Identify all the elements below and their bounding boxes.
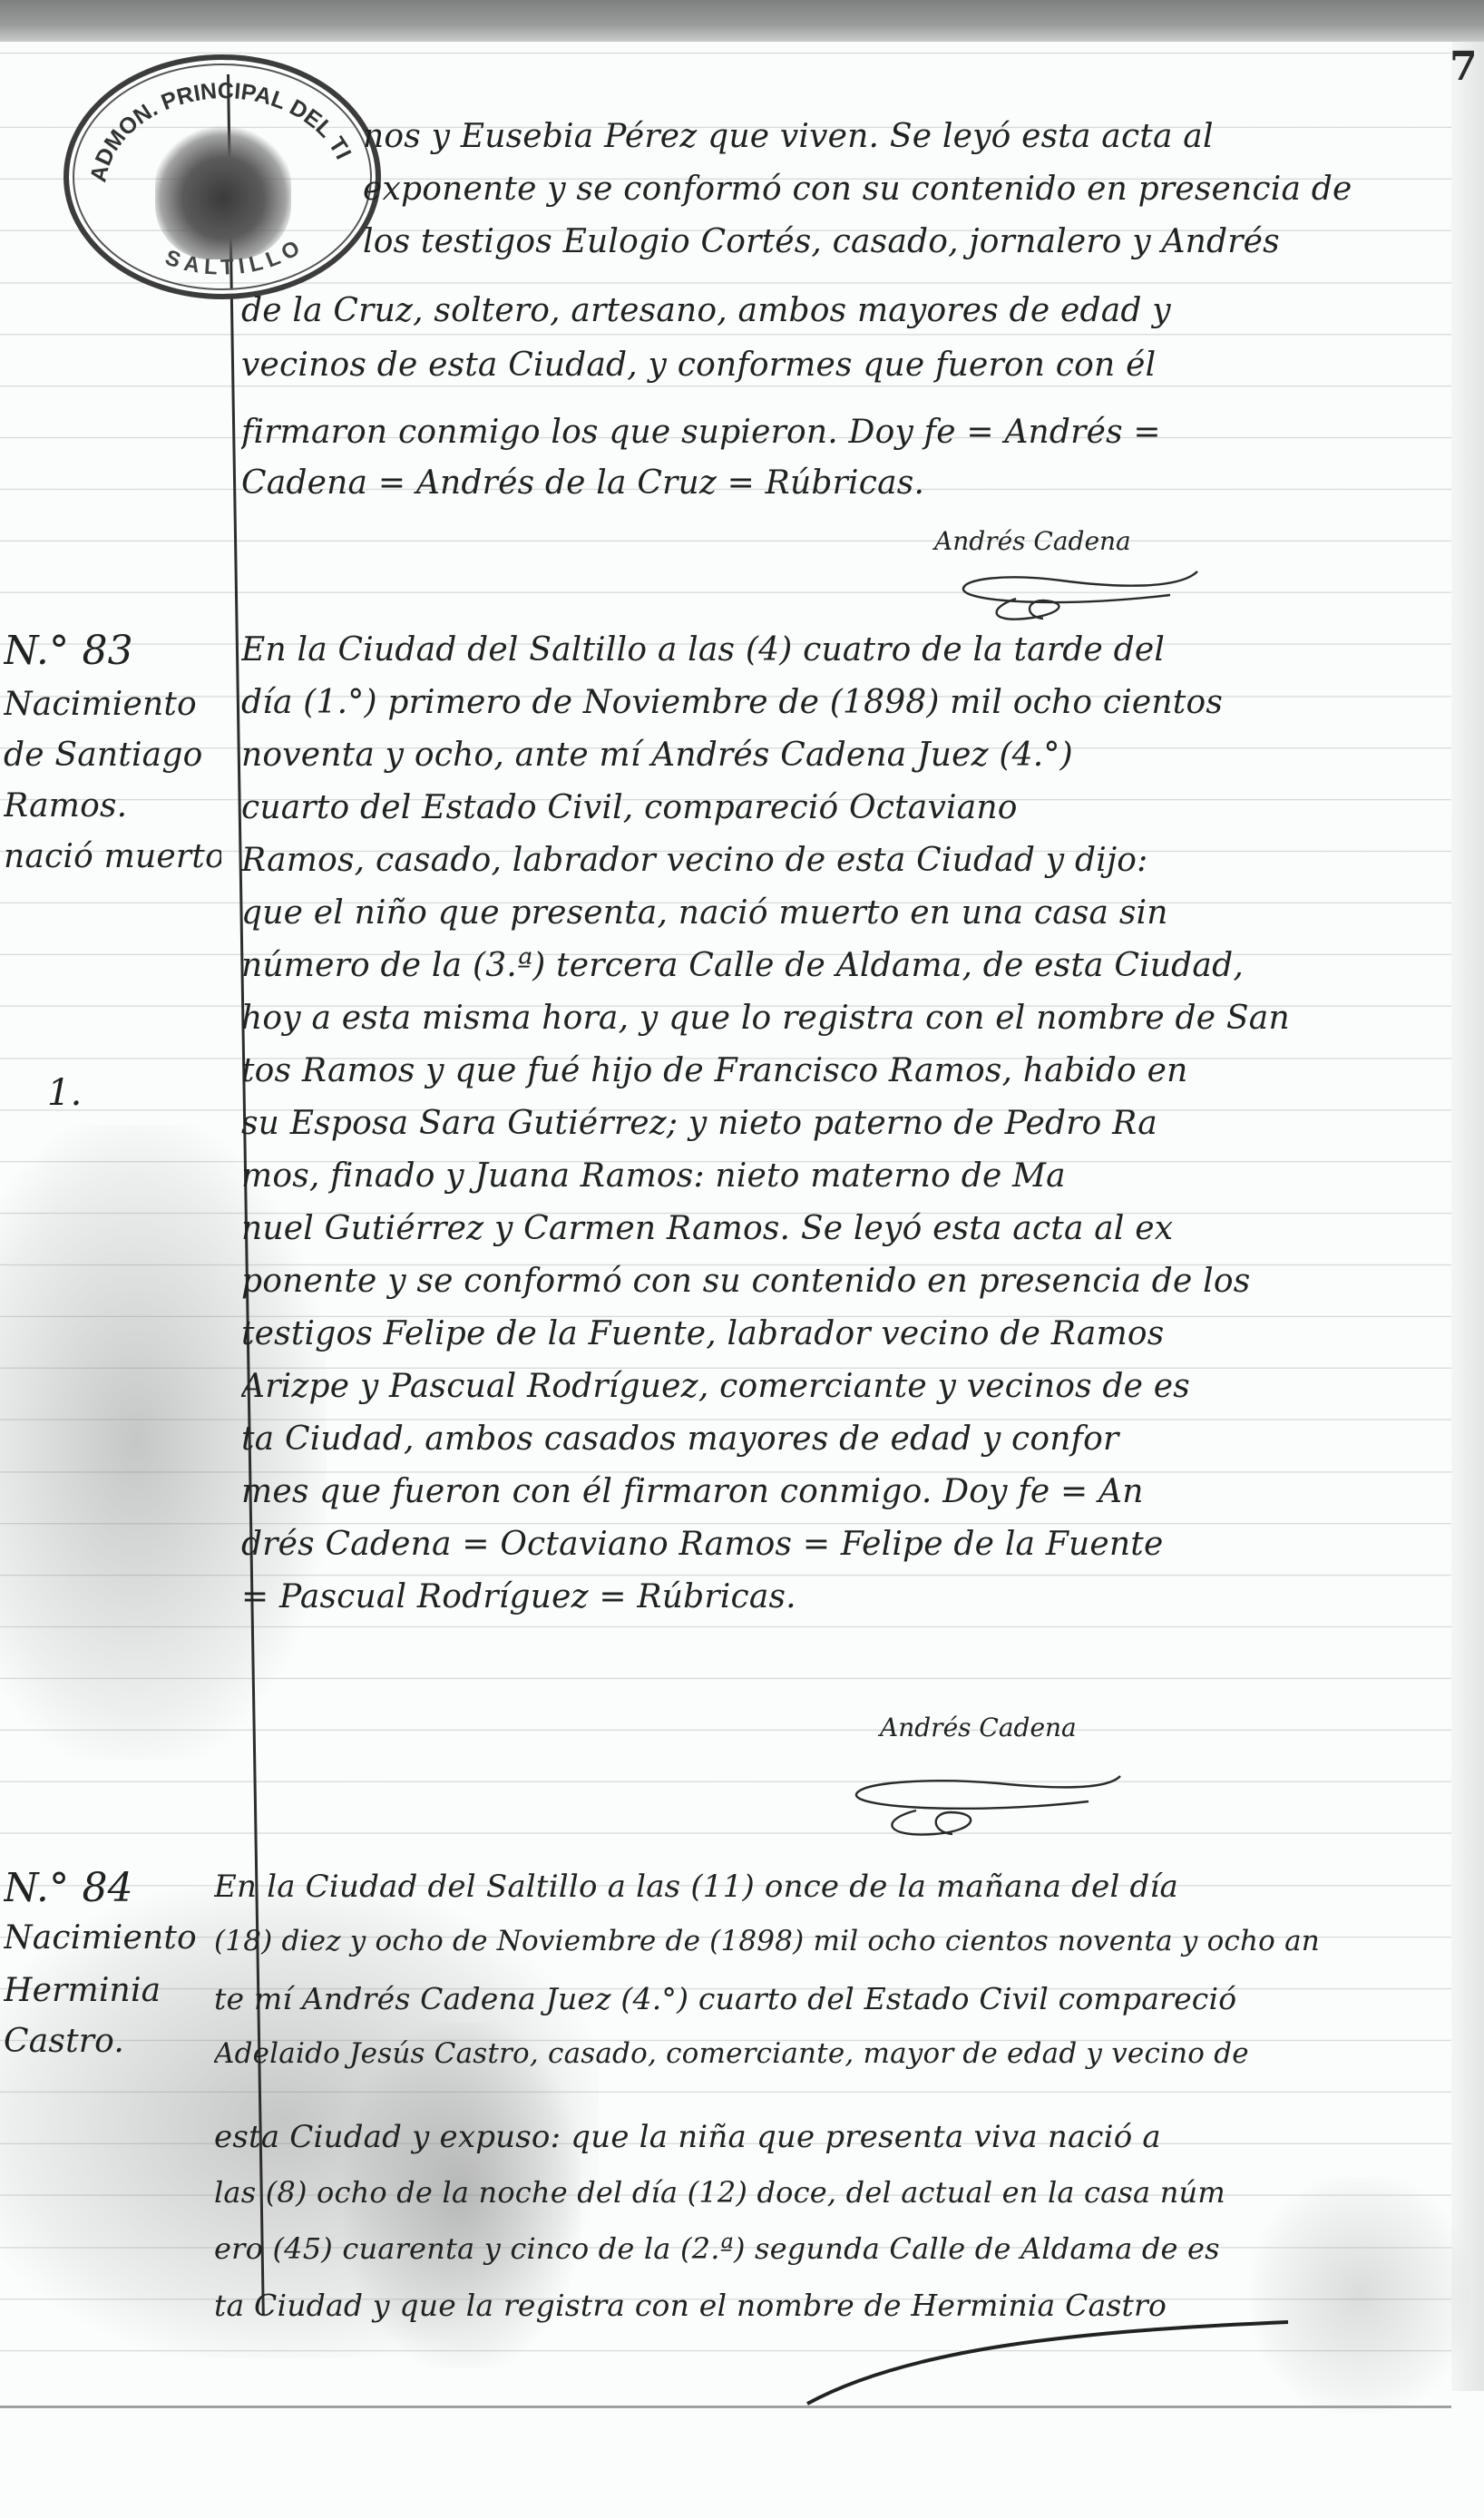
text-line: Cadena = Andrés de la Cruz = Rúbricas. bbox=[241, 464, 1457, 502]
text-line: los testigos Eulogio Cortés, casado, jor… bbox=[363, 223, 1451, 260]
text-line: exponente y se conformó con su contenido… bbox=[363, 171, 1451, 208]
text-line: de la Cruz, soltero, artesano, ambos may… bbox=[241, 292, 1457, 329]
text-line: hoy a esta misma hora, y que lo registra… bbox=[241, 1000, 1457, 1037]
text-line: En la Ciudad del Saltillo a las (11) onc… bbox=[214, 1869, 1430, 1905]
text-line: vecinos de esta Ciudad, y conformes que … bbox=[241, 346, 1457, 384]
margin-note-line: Herminia bbox=[4, 1972, 221, 2009]
official-stamp: ADMON. PRINCIPAL DEL TIMBRE SALTILLO bbox=[63, 54, 381, 299]
text-line: ero (45) cuarenta y cinco de la (2.ª) se… bbox=[214, 2231, 1430, 2266]
margin-note-line: Castro. bbox=[4, 2023, 221, 2060]
stamp-text-top: ADMON. PRINCIPAL DEL TIMBRE bbox=[69, 60, 356, 184]
text-line: = Pascual Rodríguez = Rúbricas. bbox=[241, 1578, 1457, 1615]
text-line: cuarto del Estado Civil, compareció Octa… bbox=[241, 789, 1457, 826]
text-line: Adelaido Jesús Castro, casado, comercian… bbox=[214, 2037, 1430, 2070]
text-line: testigos Felipe de la Fuente, labrador v… bbox=[241, 1315, 1457, 1352]
text-line: que el niño que presenta, nació muerto e… bbox=[241, 894, 1457, 932]
entry-number: N.° 83 bbox=[4, 628, 221, 674]
signature-andres-cadena: Andrés Cadena bbox=[880, 1713, 1077, 1742]
stamp-text-bottom: SALTILLO bbox=[162, 233, 309, 280]
margin-mark: 1. bbox=[47, 1072, 265, 1114]
text-line: mos, finado y Juana Ramos: nieto materno… bbox=[241, 1157, 1457, 1195]
rubric-flourish-icon bbox=[952, 562, 1216, 626]
signature-andres-cadena: Andrés Cadena bbox=[934, 526, 1131, 556]
underline-stroke-icon bbox=[798, 2313, 1306, 2413]
margin-note-line: Ramos. bbox=[4, 787, 221, 825]
text-line: tos Ramos y que fué hijo de Francisco Ra… bbox=[241, 1052, 1457, 1089]
stamp-text-ring: ADMON. PRINCIPAL DEL TIMBRE SALTILLO bbox=[69, 60, 376, 294]
text-line: firmaron conmigo los que supieron. Doy f… bbox=[241, 414, 1457, 451]
text-line: drés Cadena = Octaviano Ramos = Felipe d… bbox=[241, 1526, 1457, 1563]
margin-note-line: nació muerto bbox=[4, 838, 221, 875]
rubric-flourish-icon bbox=[844, 1769, 1134, 1841]
text-line: (18) diez y ocho de Noviembre de (1898) … bbox=[214, 1925, 1430, 1957]
margin-note-line: Nacimiento bbox=[4, 1919, 221, 1957]
text-line: Ramos, casado, labrador vecino de esta C… bbox=[241, 842, 1457, 879]
text-line: día (1.°) primero de Noviembre de (1898)… bbox=[241, 684, 1457, 721]
text-line: nuel Gutiérrez y Carmen Ramos. Se leyó e… bbox=[241, 1210, 1457, 1247]
text-line: noventa y ocho, ante mí Andrés Cadena Ju… bbox=[241, 737, 1457, 774]
entry-number: N.° 84 bbox=[4, 1865, 221, 1911]
svg-text:ADMON. PRINCIPAL DEL TIMBRE: ADMON. PRINCIPAL DEL TIMBRE bbox=[69, 60, 356, 184]
text-line: te mí Andrés Cadena Juez (4.°) cuarto de… bbox=[214, 1981, 1430, 2016]
text-line: su Esposa Sara Gutiérrez; y nieto patern… bbox=[241, 1105, 1457, 1142]
text-line: nos y Eusebia Pérez que viven. Se leyó e… bbox=[363, 118, 1451, 155]
scan-top-shadow bbox=[0, 0, 1484, 42]
text-line: las (8) ocho de la noche del día (12) do… bbox=[214, 2175, 1430, 2210]
text-line: En la Ciudad del Saltillo a las (4) cuat… bbox=[241, 631, 1457, 669]
text-line: esta Ciudad y expuso: que la niña que pr… bbox=[214, 2119, 1430, 2155]
margin-note-line: Nacimiento bbox=[4, 686, 221, 723]
text-line: Arizpe y Pascual Rodríguez, comerciante … bbox=[241, 1368, 1457, 1405]
text-line: mes que fueron con él firmaron conmigo. … bbox=[241, 1473, 1457, 1510]
text-line: ta Ciudad, ambos casados mayores de edad… bbox=[241, 1420, 1457, 1458]
text-line: número de la (3.ª) tercera Calle de Alda… bbox=[241, 947, 1457, 984]
text-line: ponente y se conformó con su contenido e… bbox=[241, 1263, 1457, 1300]
svg-text:SALTILLO: SALTILLO bbox=[162, 233, 309, 280]
page-number: 7 bbox=[1450, 44, 1478, 90]
margin-note-line: de Santiago bbox=[4, 737, 221, 774]
